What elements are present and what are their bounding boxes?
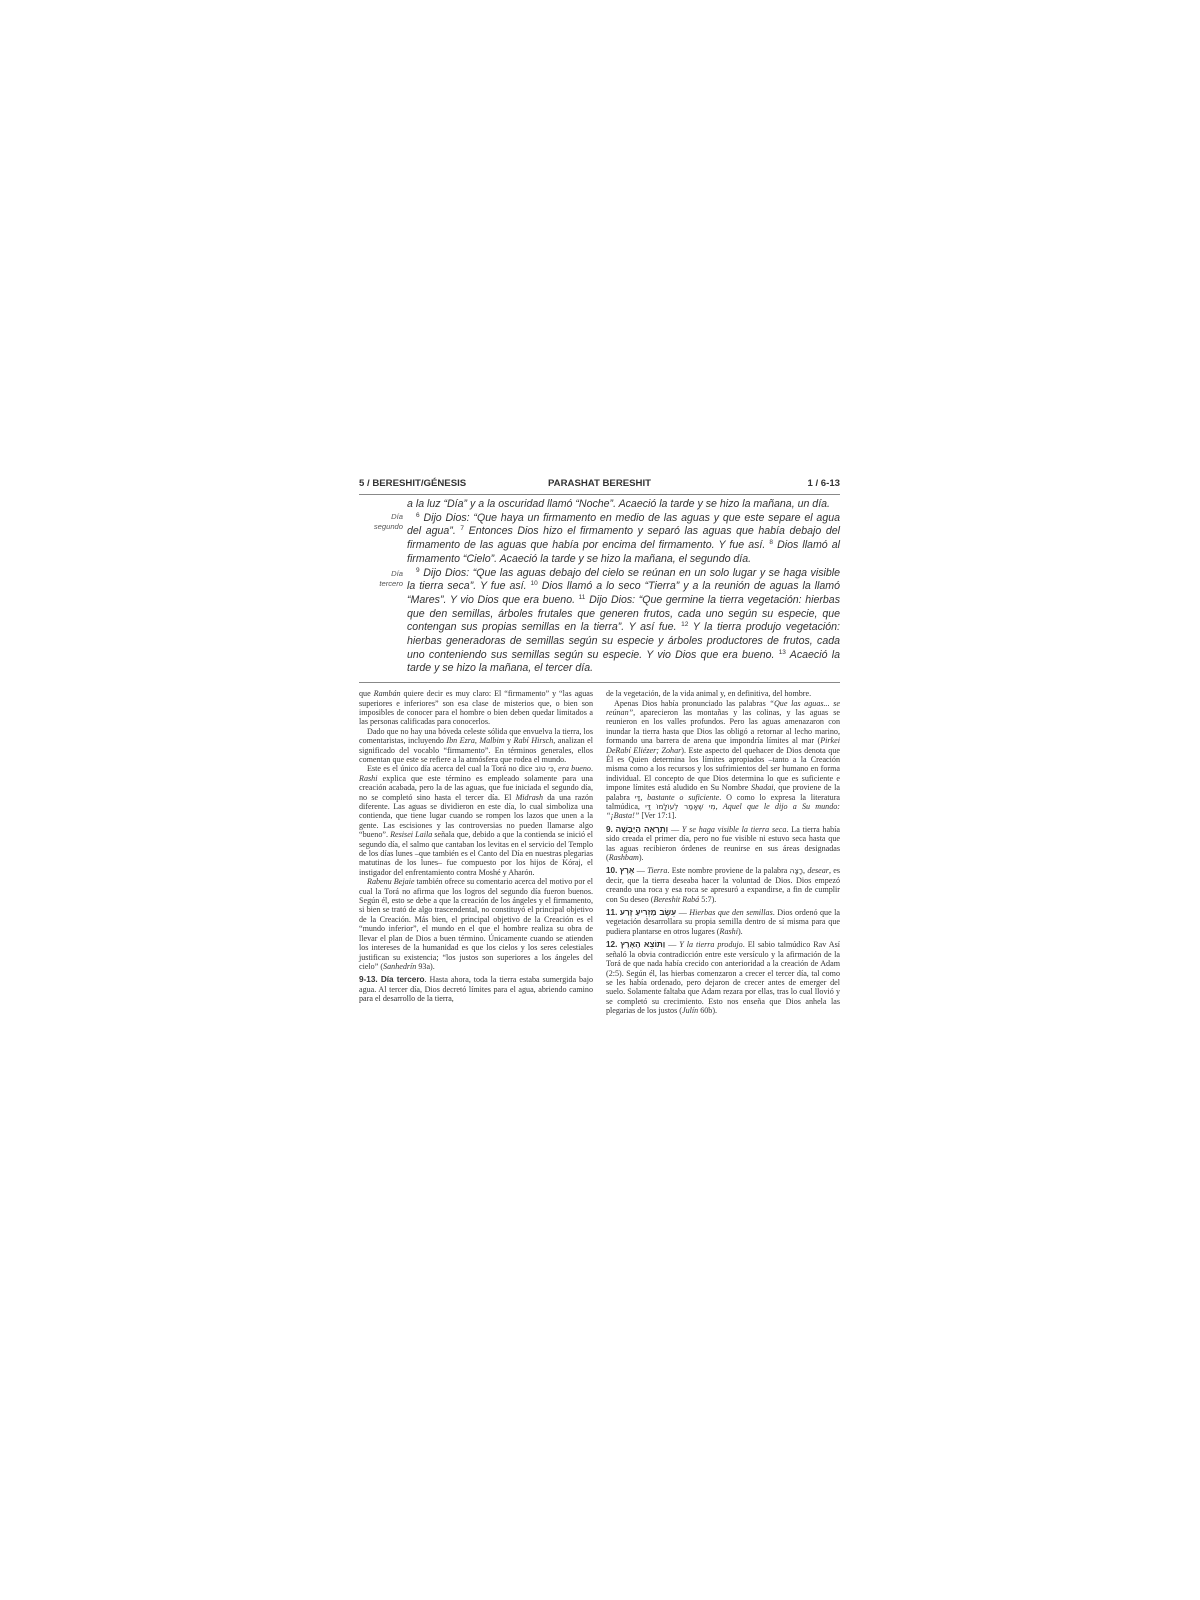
commentary: que Rambán quiere decir es muy claro: El… [359, 689, 840, 1015]
text-run: . [591, 764, 593, 773]
scripture-text: a la luz “Día” y a la oscuridad llamó “N… [359, 498, 840, 676]
commentary-left-column: que Rambán quiere decir es muy claro: El… [359, 689, 593, 1015]
commentary-note-11: 11. עֵשֶׂב מַזְרִיעַ זֶרַע — Hierbas que… [606, 908, 840, 936]
text-run: 5:7). [699, 895, 716, 904]
commentary-paragraph: de la vegetación, de la vida animal y, e… [606, 689, 840, 698]
text-run: Tierra [647, 866, 667, 875]
text-run: también ofrece su comentario acerca del … [359, 877, 593, 971]
text-run: 60b). [698, 1006, 717, 1015]
text-run: Julín [682, 1006, 698, 1015]
text-run: Midrash [516, 793, 543, 802]
commentary-rule [359, 682, 840, 683]
text-run: 12. [606, 940, 617, 949]
book-page: 5 / BERESHIT/GÉNESIS PARASHAT BERESHIT 1… [359, 478, 840, 1016]
hebrew-lemma: וְתֵרָאֶה הַיַּבָּשָׁה [616, 825, 668, 834]
hebrew-lemma: וַתּוֹצֵא הָאָרֶץ [620, 940, 665, 949]
text-run: [Ver 17:1]. [639, 811, 676, 820]
commentary-right-column: de la vegetación, de la vida animal y, e… [606, 689, 840, 1015]
text-run: y [505, 736, 514, 745]
text-run: 9. [606, 825, 613, 834]
text-run: Este es el único día acerca del cual la … [367, 764, 535, 773]
running-head: 5 / BERESHIT/GÉNESIS PARASHAT BERESHIT 1… [359, 478, 840, 492]
verse-number-6: 6 [416, 512, 420, 519]
text-run: Bereshit Rabá [653, 895, 699, 904]
day-three-block: Día tercero 9 Dijo Dios: “Que las aguas … [407, 567, 840, 677]
commentary-paragraph: que Rambán quiere decir es muy claro: El… [359, 689, 593, 727]
text-run: Rambán [374, 689, 401, 698]
verse-7: Entonces Dios hizo el firmamento y separ… [407, 525, 840, 551]
text-run: , aparecieron las montañas y las colinas… [606, 708, 840, 745]
verse-number-13: 13 [779, 649, 786, 656]
text-run: . El sabio talmúdico Rav Así señaló la o… [606, 940, 840, 1015]
text-run: Ibn Ezra [446, 736, 475, 745]
header-rule [359, 494, 840, 495]
header-parasha-title: PARASHAT BERESHIT [359, 478, 840, 489]
text-run: — [668, 825, 682, 834]
text-run: ). [639, 853, 644, 862]
text-run: 10. [606, 866, 617, 875]
verse-number-12: 12 [681, 621, 688, 628]
text-run: . Este nombre proviene de la palabra [667, 866, 789, 875]
text-run: Apenas Dios había pronunciado las palabr… [614, 699, 769, 708]
text-run: 9-13. Día tercero [359, 975, 425, 984]
text-run: Sanhedrín [383, 962, 416, 971]
commentary-note-10: 10. אֶרֶץ — Tierra. Este nombre proviene… [606, 866, 840, 904]
text-run: ). [738, 927, 743, 936]
text-run: desear [807, 866, 829, 875]
text-run: — [634, 866, 647, 875]
day-two-block: Día segundo 6 Dijo Dios: “Que haya un fi… [407, 512, 840, 567]
text-run: Shadai [751, 783, 773, 792]
text-run: de la vegetación, de la vida animal y, e… [606, 689, 811, 698]
commentary-note-9-13: 9-13. Día tercero. Hasta ahora, toda la … [359, 975, 593, 1003]
text-run: Resisei Laila [390, 830, 432, 839]
text-run: 11. [606, 908, 617, 917]
text-run: bastante o suficiente [647, 793, 719, 802]
text-run: , [716, 802, 723, 811]
commentary-paragraph: Este es el único día acerca del cual la … [359, 764, 593, 877]
text-run: era bueno [558, 764, 591, 773]
text-run: que [359, 689, 374, 698]
verse-number-9: 9 [416, 567, 420, 574]
hebrew-text: כִּי טוֹב [535, 764, 554, 773]
hebrew-lemma: אֶרֶץ [620, 866, 635, 875]
margin-note-day-two: Día segundo [359, 512, 403, 532]
verse-number-8: 8 [769, 539, 773, 546]
text-run: Rashbam [609, 853, 639, 862]
verse-number-10: 10 [531, 580, 538, 587]
commentary-paragraph: Apenas Dios había pronunciado las palabr… [606, 699, 840, 821]
text-run: Rashi [359, 774, 377, 783]
verse-5-end: a la luz “Día” y a la oscuridad llamó “N… [407, 498, 830, 510]
text-run: — [676, 908, 689, 917]
text-run: 93a). [416, 962, 434, 971]
text-run: — [665, 940, 679, 949]
text-run: Y se haga visible la tierra seca [682, 825, 787, 834]
hebrew-lemma: עֵשֶׂב מַזְרִיעַ זֶרַע [620, 908, 676, 917]
verse-intro: a la luz “Día” y a la oscuridad llamó “N… [407, 498, 840, 512]
verse-number-11: 11 [579, 594, 586, 601]
verse-number-7: 7 [460, 525, 464, 532]
text-run: Malbim [479, 736, 504, 745]
hebrew-text: מִי שֶׁאָמַר לְעוֹלָמוֹ דַּי [645, 802, 715, 811]
commentary-paragraph: Rabenu Bejaie también ofrece su comentar… [359, 877, 593, 971]
text-run: Rashi [720, 927, 738, 936]
commentary-paragraph: Dado que no hay una bóveda celeste sólid… [359, 727, 593, 765]
text-run: Hierbas que den semillas [689, 908, 772, 917]
hebrew-text: רָצָה [790, 866, 803, 875]
commentary-note-12: 12. וַתּוֹצֵא הָאָרֶץ — Y la tierra prod… [606, 940, 840, 1015]
margin-note-day-label: Día [359, 512, 403, 522]
margin-note-day-three: Día tercero [357, 569, 403, 589]
margin-note-second-label: segundo [359, 522, 403, 532]
text-run: Rabí Hirsch [514, 736, 554, 745]
commentary-note-9: 9. וְתֵרָאֶה הַיַּבָּשָׁה — Y se haga vi… [606, 825, 840, 863]
text-run: Y la tierra produjo [679, 940, 742, 949]
text-run: Rabenu Bejaie [367, 877, 414, 886]
